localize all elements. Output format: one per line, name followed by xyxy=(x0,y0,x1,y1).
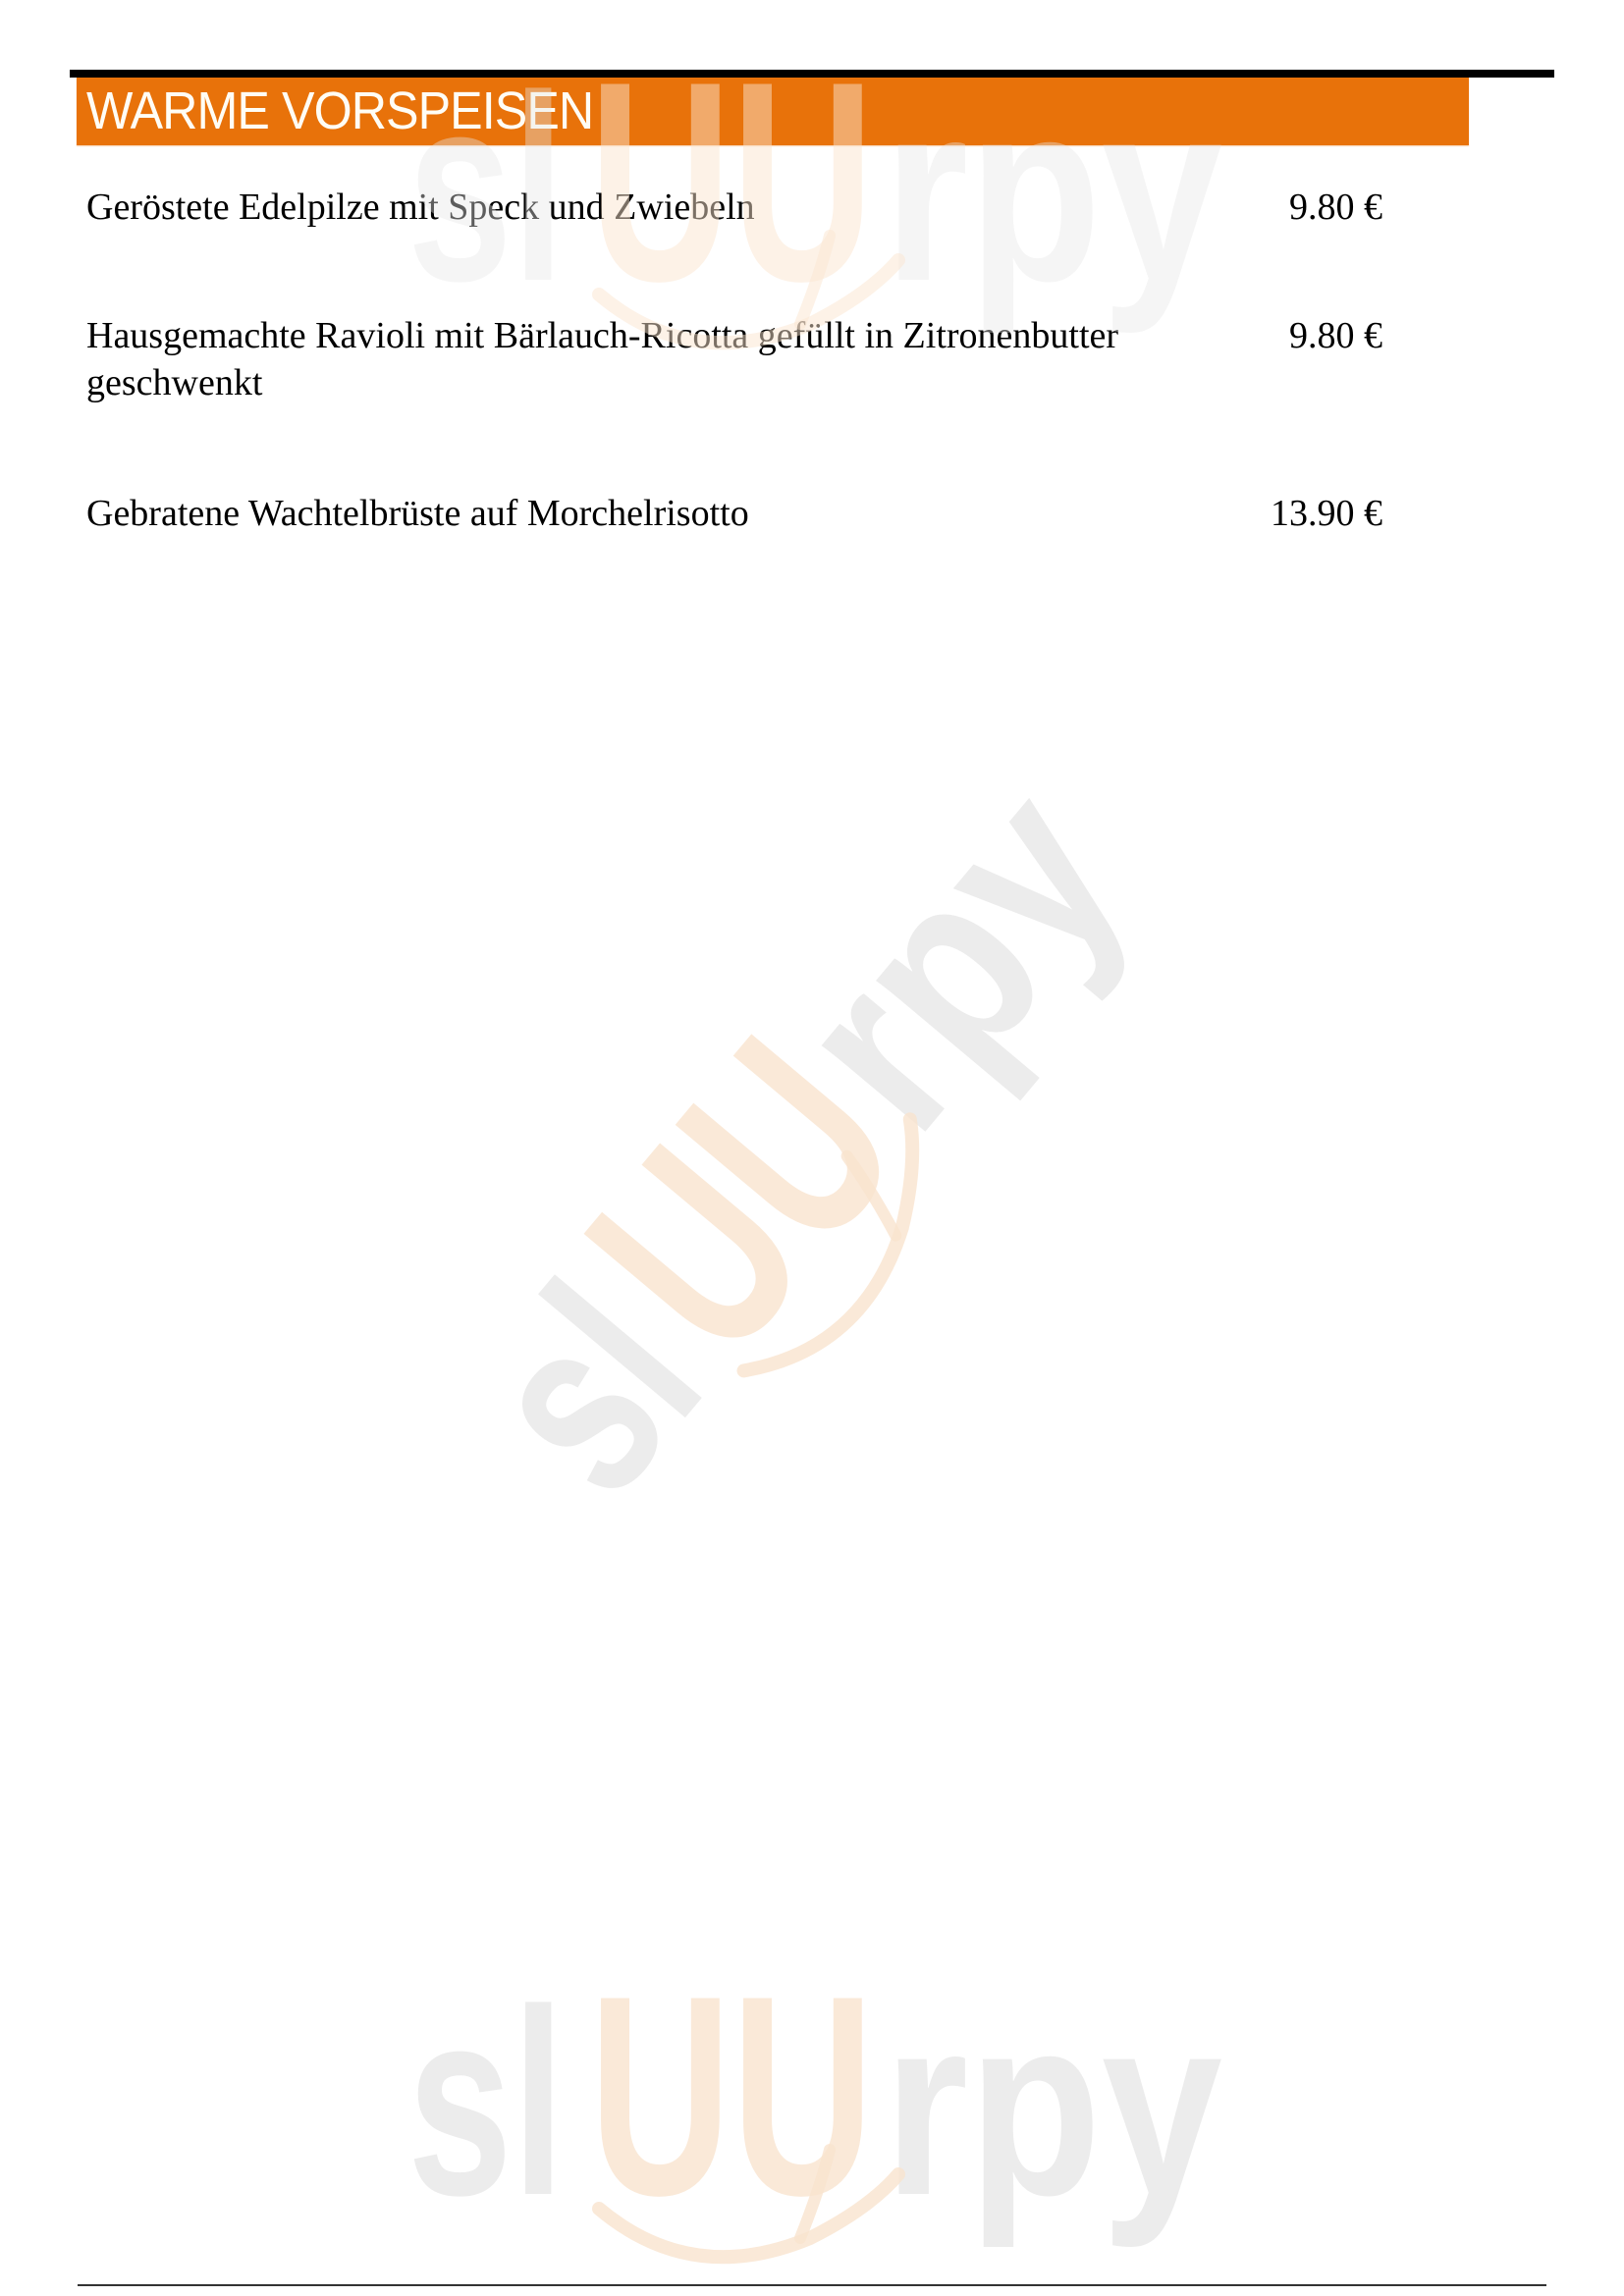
item-name: Hausgemachte Ravioli mit Bärlauch-Ricott… xyxy=(86,312,1245,406)
slurpy-watermark-logo: sl UU rpy xyxy=(407,1973,1222,2268)
menu-page: WARME VORSPEISEN Geröstete Edelpilze mit… xyxy=(0,0,1624,2296)
svg-text:rpy: rpy xyxy=(739,742,1176,1179)
item-price: 9.80 € xyxy=(1289,312,1382,359)
item-price: 13.90 € xyxy=(1271,490,1382,537)
svg-text:UU: UU xyxy=(529,986,956,1408)
item-name: Gebratene Wachtelbrüste auf Morchelrisot… xyxy=(86,490,1225,537)
item-price: 9.80 € xyxy=(1289,184,1382,231)
section-title: WARME VORSPEISEN xyxy=(86,78,593,145)
svg-text:UU: UU xyxy=(589,1973,874,2255)
item-name: Geröstete Edelpilze mit Speck und Zwiebe… xyxy=(86,184,1225,231)
svg-text:sl: sl xyxy=(407,1973,565,2251)
section-header: WARME VORSPEISEN xyxy=(77,78,1469,145)
top-rule-divider xyxy=(70,70,1554,78)
slurpy-watermark-logo: sl UU rpy xyxy=(440,742,1189,1556)
svg-text:rpy: rpy xyxy=(884,1973,1222,2250)
svg-text:sl: sl xyxy=(440,1234,754,1544)
bottom-rule-divider xyxy=(78,2284,1546,2286)
